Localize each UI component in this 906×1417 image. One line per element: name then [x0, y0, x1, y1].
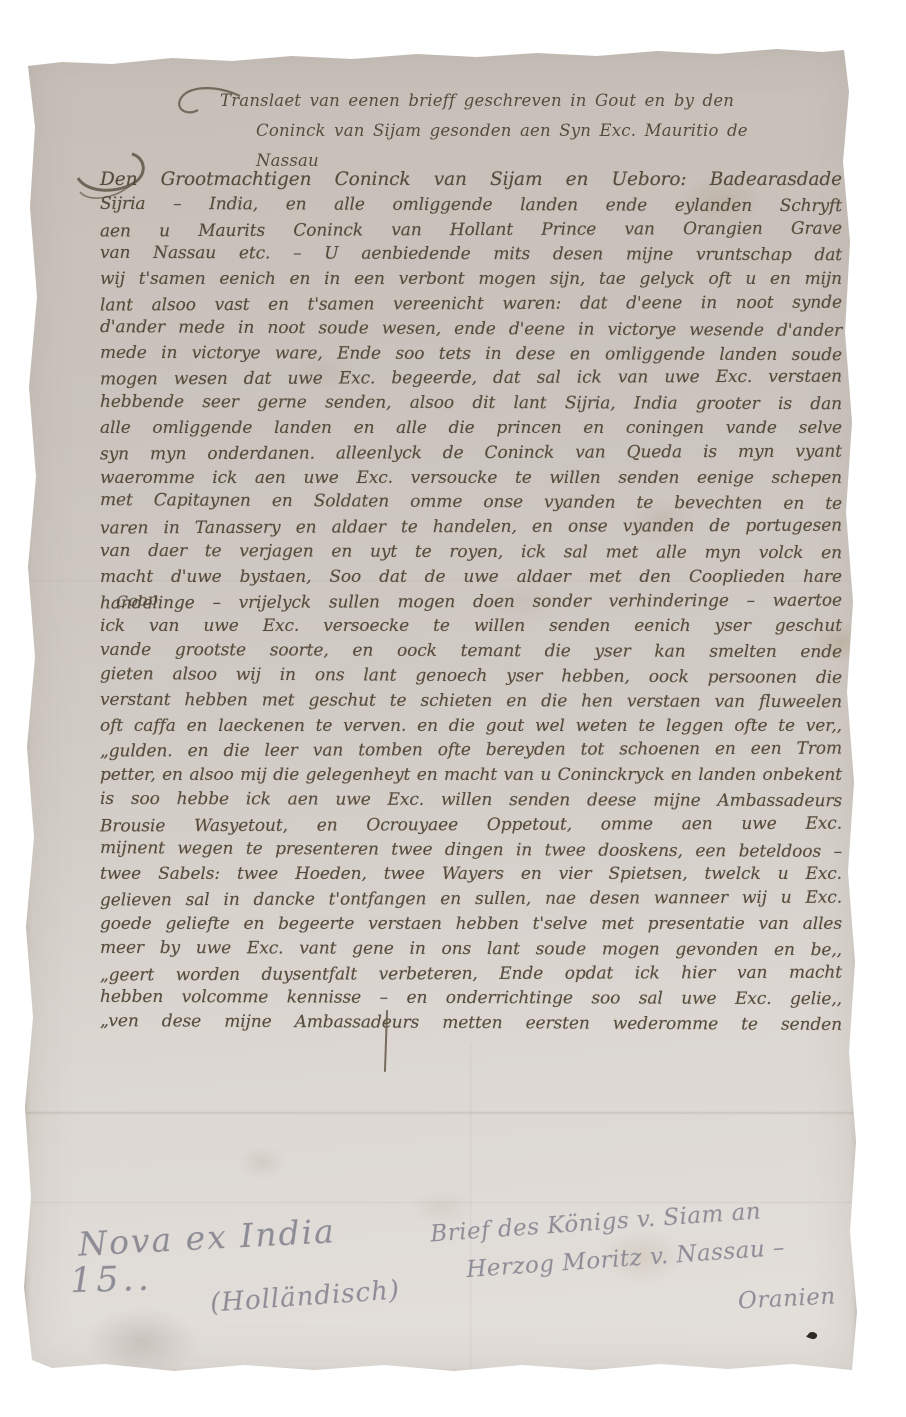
manuscript-line: macht d'uwe bystaen, Soo dat de uwe alda…	[100, 565, 842, 590]
manuscript-line: ick van uwe Exc. versoecke te willen sen…	[100, 614, 842, 639]
annotation-nova-ex-india: Nova ex India	[77, 1211, 337, 1263]
manuscript-line: aen u Maurits Coninck van Hollant Prince…	[100, 216, 842, 244]
manuscript-line: van daer te verjagen en uyt te royen, ic…	[100, 539, 842, 566]
heading-line-1: Translaet van eenen brieff geschreven in…	[220, 86, 816, 116]
manuscript-line: hebbende seer gerne senden, alsoo dit la…	[100, 390, 842, 417]
heading-line-2: Coninck van Sijam gesonden aen Syn Exc. …	[220, 116, 816, 176]
fold-crease	[26, 1112, 854, 1114]
manuscript-line: wij t'samen eenich en in een verbont mog…	[100, 267, 842, 292]
manuscript-line: lant alsoo vast en t'samen vereenicht wa…	[100, 291, 842, 319]
manuscript-line: waeromme ick aen uwe Exc. versoucke te w…	[100, 466, 842, 491]
manuscript-line: met Capitaynen en Soldaten omme onse vya…	[100, 488, 842, 517]
manuscript-heading: Translaet van eenen brieff geschreven in…	[220, 86, 816, 176]
manuscript-line: van Nassau etc. – U aenbiedende mits des…	[100, 241, 842, 268]
manuscript-line: Brousie Wasyetout, en Ocrouyaee Oppetout…	[100, 811, 842, 839]
manuscript-line: mijnent wegen te presenteren twee dingen…	[100, 836, 842, 865]
fold-crease	[470, 1042, 471, 1372]
annotation-brief-line-3: Oranien	[737, 1283, 836, 1314]
manuscript-line: petter, en alsoo mij die gelegenheyt en …	[100, 763, 842, 788]
manuscript-line: mede in victorye ware, Ende soo tets in …	[100, 340, 842, 367]
manuscript-line: Sijria – India, en alle omliggende lande…	[100, 192, 842, 219]
manuscript-line: „gulden. en die leer van tomben ofte ber…	[100, 737, 842, 765]
manuscript-line: „ven dese mijne Ambassadeurs metten eers…	[100, 1009, 842, 1038]
manuscript-line: goede geliefte en begeerte verstaen hebb…	[100, 912, 842, 937]
manuscript-line: vande grootste soorte, en oock temant di…	[100, 638, 842, 665]
manuscript-page: Translaet van eenen brieff geschreven in…	[22, 42, 860, 1376]
manuscript-line: syn myn onderdanen. alleenlyck de Coninc…	[100, 439, 842, 467]
manuscript-line: alle omliggende landen en alle die princ…	[100, 416, 842, 441]
manuscript-line: gieten alsoo wij in ons lant genoech yse…	[100, 662, 842, 691]
ink-blot	[807, 1331, 818, 1341]
manuscript-line: hebben volcomme kennisse – en onderricht…	[100, 985, 842, 1012]
manuscript-line: mogen wesen dat uwe Exc. begeerde, dat s…	[100, 365, 842, 393]
annotation-brief-line-2: Herzog Moritz v. Nassau –	[465, 1235, 785, 1283]
manuscript-line: varen in Tanassery en aldaer te handelen…	[100, 514, 842, 542]
annotation-hollandisch: (Holländisch)	[209, 1275, 401, 1318]
manuscript-line: Den Grootmachtigen Coninck van Sijam en …	[100, 168, 842, 193]
manuscript-body: Den Grootmachtigen Coninck van Sijam en …	[100, 168, 842, 1036]
manuscript-line: „geert worden duysentfalt verbeteren, En…	[100, 960, 842, 988]
manuscript-line: gelieven sal in dancke t'ontfangen en su…	[100, 886, 842, 914]
manuscript-line: is soo hebbe ick aen uwe Exc. willen sen…	[100, 787, 842, 814]
annotation-number: 15..	[69, 1259, 153, 1302]
manuscript-line: verstant hebben met geschut te schieten …	[100, 688, 842, 715]
manuscript-line: meer by uwe Exc. vant gene in ons lant s…	[100, 936, 842, 963]
scan-background: Translaet van eenen brieff geschreven in…	[0, 0, 906, 1417]
manuscript-line: oft caffa en laeckenen te verven. en die…	[100, 714, 842, 739]
manuscript-line: d'ander mede in noot soude wesen, ende d…	[100, 315, 842, 344]
manuscript-line: twee Sabels: twee Hoeden, twee Wayers en…	[100, 862, 842, 887]
manuscript-line: handelinge – vrijelyck sullen mogen doen…	[100, 588, 842, 616]
